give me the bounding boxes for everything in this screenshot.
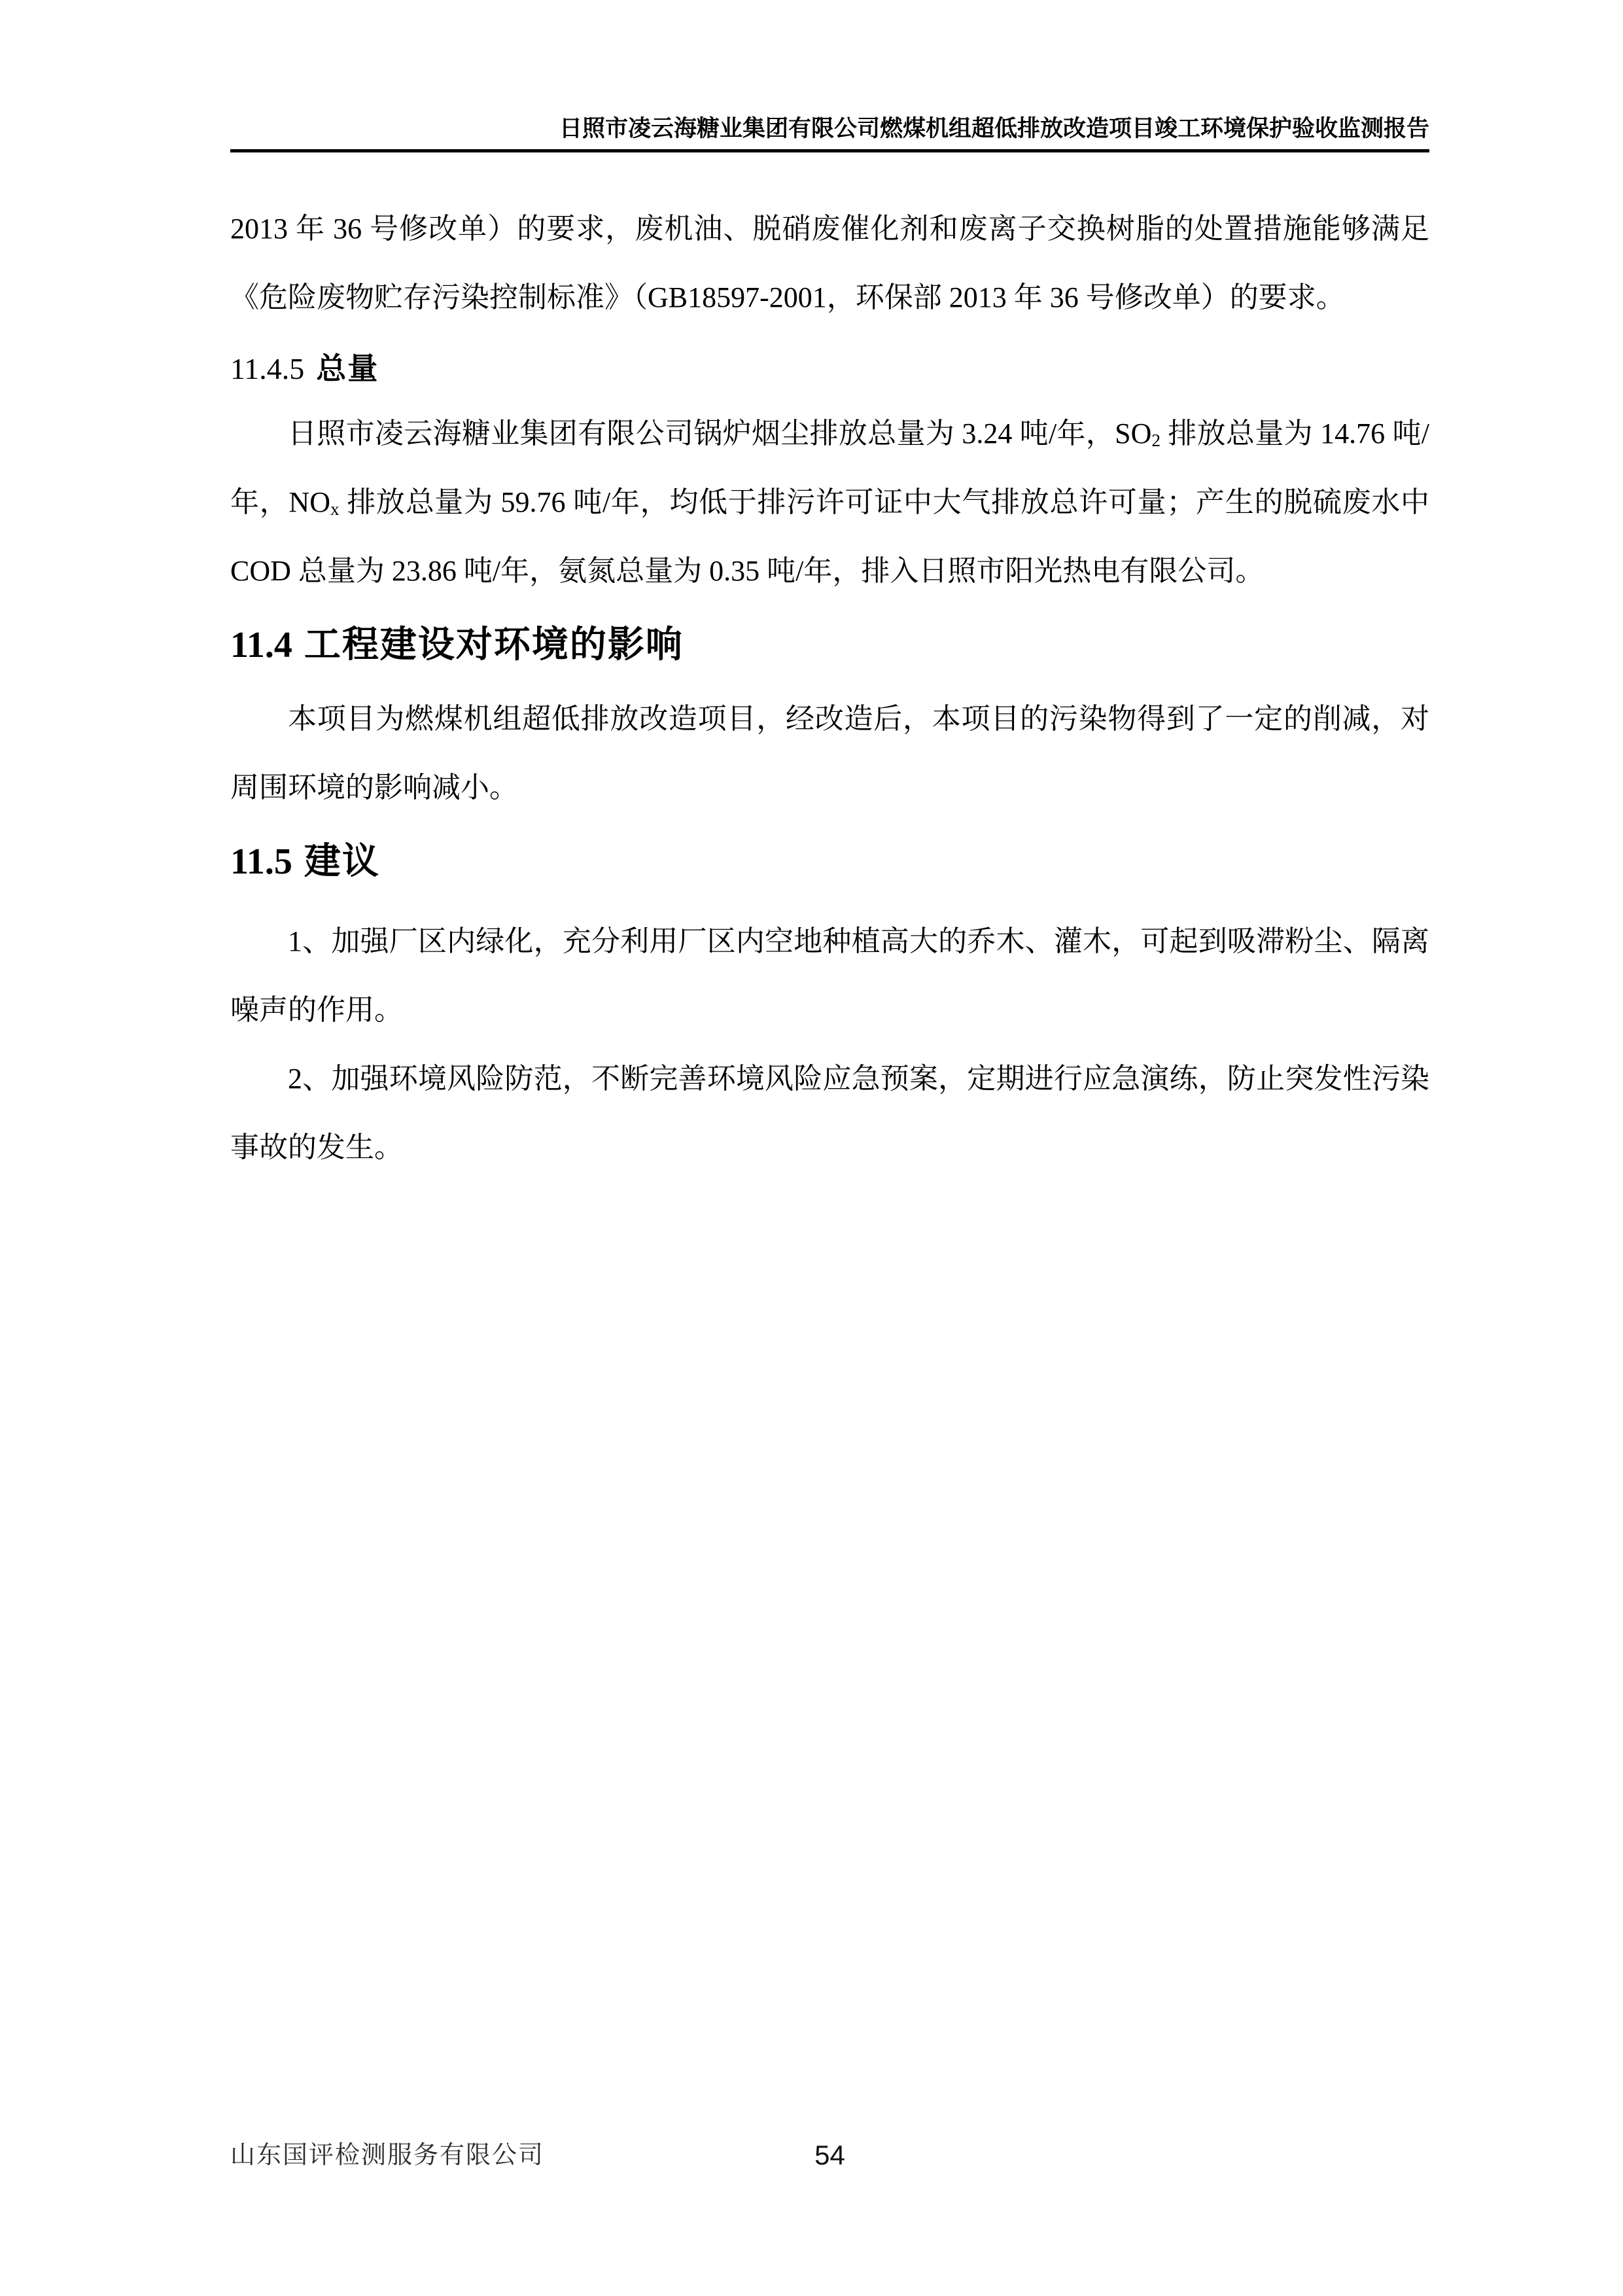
- section-heading-impact: 11.4工程建设对环境的影响: [230, 605, 1429, 684]
- section-title: 总量: [316, 351, 379, 385]
- section-title: 工程建设对环境的影响: [304, 624, 684, 665]
- section-number: 11.4: [230, 625, 292, 665]
- footer-company-name: 山东国评检测服务有限公司: [230, 2141, 544, 2170]
- paragraph-continuation: 2013 年 36 号修改单）的要求，废机油、脱硝废催化剂和废离子交换树脂的处置…: [230, 194, 1429, 332]
- paragraph-totals: 日照市凌云海糖业集团有限公司锅炉烟尘排放总量为 3.24 吨/年，SO2 排放总…: [230, 399, 1429, 605]
- paragraph-suggestion-1: 1、加强厂区内绿化，充分利用厂区内空地种植高大的乔木、灌木，可起到吸滞粉尘、隔离…: [230, 907, 1429, 1044]
- paragraph-suggestion-2: 2、加强环境风险防范，不断完善环境风险应急预案，定期进行应急演练，防止突发性污染…: [230, 1044, 1429, 1182]
- totals-text-segment: 排放总量为 59.76 吨/年，均低于排污许可证中大气排放总许可量；产生的脱硫废…: [230, 486, 1429, 587]
- page-header: 日照市凌云海糖业集团有限公司燃煤机组超低排放改造项目竣工环境保护验收监测报告: [230, 0, 1429, 152]
- running-header-title: 日照市凌云海糖业集团有限公司燃煤机组超低排放改造项目竣工环境保护验收监测报告: [230, 115, 1429, 143]
- section-title: 建议: [304, 840, 380, 881]
- totals-text-segment: 日照市凌云海糖业集团有限公司锅炉烟尘排放总量为 3.24 吨/年，SO: [288, 417, 1151, 450]
- section-heading-totals: 11.4.5总量: [230, 338, 1429, 399]
- section-heading-suggestions: 11.5建议: [230, 822, 1429, 901]
- nox-subscript: x: [330, 499, 340, 519]
- section-number: 11.5: [230, 841, 292, 882]
- section-number: 11.4.5: [230, 352, 304, 385]
- page-footer: 54 山东国评检测服务有限公司: [230, 2141, 1429, 2174]
- page-content: 2013 年 36 号修改单）的要求，废机油、脱硝废催化剂和废离子交换树脂的处置…: [230, 152, 1429, 1182]
- paragraph-impact: 本项目为燃煤机组超低排放改造项目，经改造后，本项目的污染物得到了一定的削减，对周…: [230, 684, 1429, 822]
- so2-subscript: 2: [1151, 431, 1161, 450]
- document-page: 日照市凌云海糖业集团有限公司燃煤机组超低排放改造项目竣工环境保护验收监测报告 2…: [0, 0, 1623, 2296]
